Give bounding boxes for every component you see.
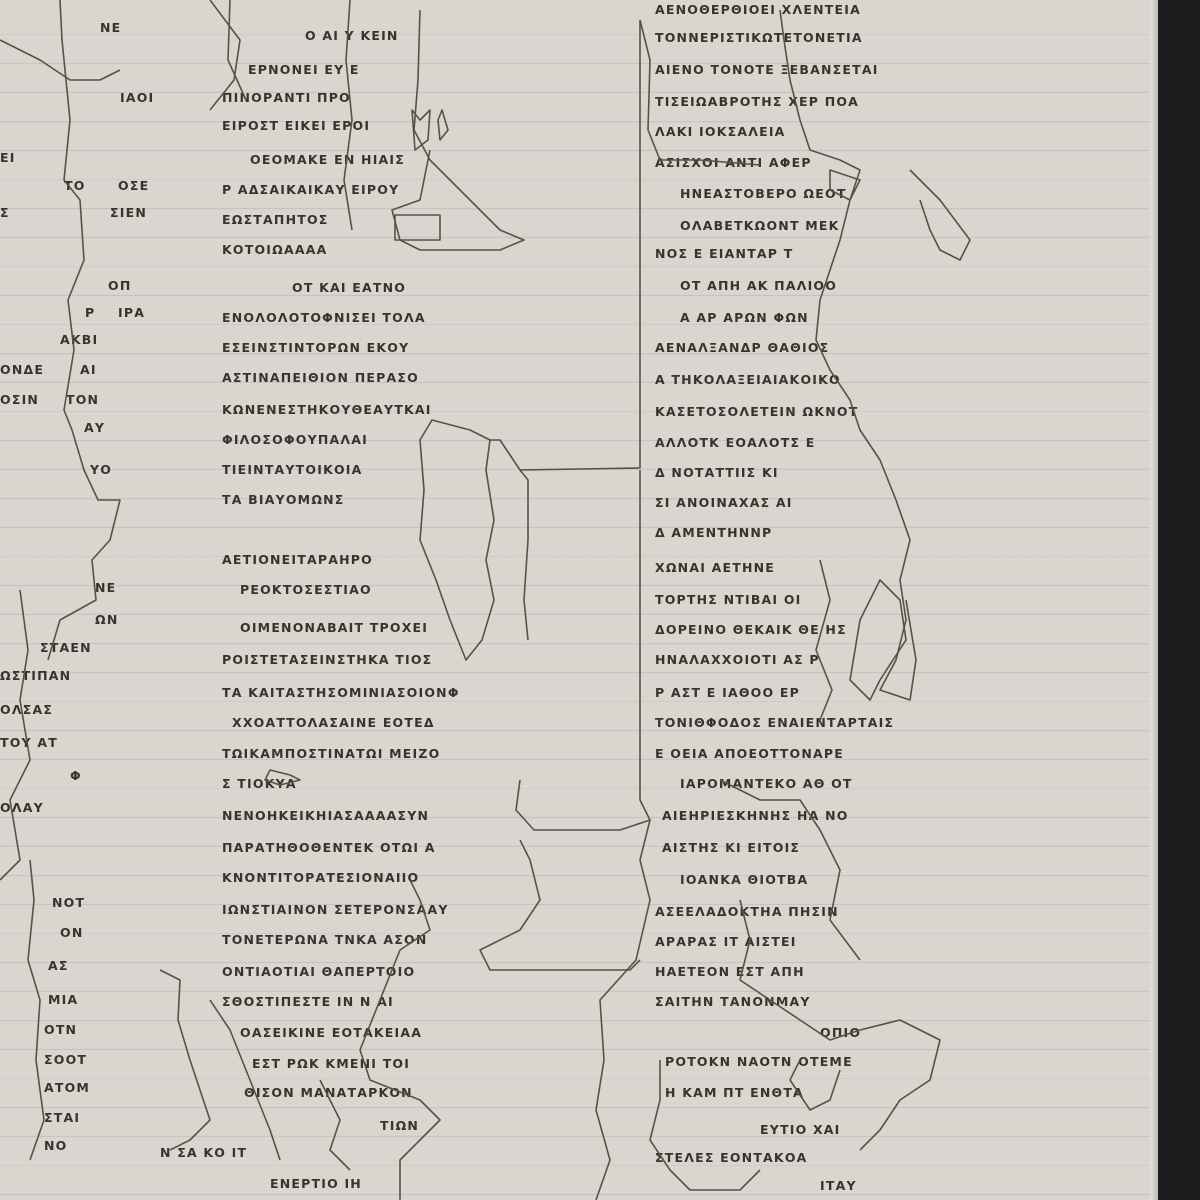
manuscript-line: ΤΙΩΝ bbox=[380, 1118, 419, 1133]
papyrus-fragment-outlines bbox=[0, 0, 1158, 1200]
manuscript-line: ΤΟΡΤΗΣ ΝΤΙΒΑΙ ΟΙ bbox=[655, 592, 802, 607]
manuscript-line: ΟΛΑΒΕΤΚΩΟΝΤ ΜΕΚ bbox=[680, 218, 840, 233]
manuscript-line: ΑΡΑΡΑΣ ΙΤ ΑΙΣΤΕΙ bbox=[655, 934, 797, 949]
manuscript-line: ΟΝΤΙΑΟΤΙΑΙ ΘΑΠΕΡΤΟΙΟ bbox=[222, 964, 415, 979]
manuscript-line: ΕΝΟΛΟΛΟΤΟΦΝΙΣΕΙ ΤΟΛΑ bbox=[222, 310, 426, 325]
manuscript-line: ΗΝΑΛΑΧΧΟΙΟΤΙ ΑΣ Ρ bbox=[655, 652, 820, 667]
manuscript-line: ΑΙΕΗΡΙΕΣΚΗΝΗΣ ΗΑ ΝΟ bbox=[662, 808, 849, 823]
manuscript-line: ΙΟΑΝΚΑ ΘΙΟΤΒΑ bbox=[680, 872, 808, 887]
manuscript-line: ΑΙΕΝΟ ΤΟΝΟΤΕ ΞΕΒΑΝΣΕΤΑΙ bbox=[655, 62, 879, 77]
manuscript-line: ΑΚΒΙ bbox=[60, 332, 98, 347]
manuscript-line: ΟΤ ΚΑΙ ΕΑΤΝΟ bbox=[292, 280, 406, 295]
manuscript-line: ΑΣ bbox=[48, 958, 69, 973]
manuscript-line: ΤΟΝΙΘΦΟΔΟΣ ΕΝΑΙΕΝΤΑΡΤΑΙΣ bbox=[655, 715, 894, 730]
manuscript-line: ΝΕΝΟΗΚΕΙΚΗΙΑΣΑΑΑΑΣΥΝ bbox=[222, 808, 429, 823]
manuscript-line: ΕΝΕΡΤΙΟ ΙΗ bbox=[270, 1176, 362, 1191]
manuscript-line: ΠΑΡΑΤΗΘΟΘΕΝΤΕΚ ΟΤΩΙ Α bbox=[222, 840, 436, 855]
manuscript-line: ΟΝ bbox=[60, 925, 84, 940]
manuscript-line: ΗΑΕΤΕΟΝ ΕΣΤ ΑΠΗ bbox=[655, 964, 805, 979]
manuscript-line: ΟΛΣΑΣ bbox=[0, 702, 53, 717]
manuscript-line: ΣΤΑΙ bbox=[44, 1110, 80, 1125]
manuscript-line: ΑΣΤΙΝΑΠΕΙΘΙΟΝ ΠΕΡΑΣΟ bbox=[222, 370, 419, 385]
manuscript-line: ΝΕ bbox=[95, 580, 116, 595]
manuscript-line: ΝΟΤ bbox=[52, 895, 85, 910]
manuscript-line: ΩΝ bbox=[95, 612, 119, 627]
manuscript-line: ΝΟΣ Ε ΕΙΑΝΤΑΡ Τ bbox=[655, 246, 793, 261]
manuscript-line: Ν ΣΑ ΚΟ ΙΤ bbox=[160, 1145, 247, 1160]
manuscript-line: ΤΟ bbox=[64, 178, 86, 193]
manuscript-line: ΦΙΛΟΣΟΦΟΥΠΑΛΑΙ bbox=[222, 432, 368, 447]
manuscript-line: Ρ ΑΣΤ Ε ΙΑΘΟΟ ΕΡ bbox=[655, 685, 800, 700]
manuscript-line: ΤΩΙΚΑΜΠΟΣΤΙΝΑΤΩΙ ΜΕΙΖΟ bbox=[222, 746, 440, 761]
manuscript-line: ΕΥΤΙΟ ΧΑΙ bbox=[760, 1122, 841, 1137]
manuscript-line: ΕΡΝΟΝΕΙ ΕΥ Ε bbox=[248, 62, 360, 77]
manuscript-line: ΑΛΛΟΤΚ ΕΟΑΛΟΤΣ Ε bbox=[655, 435, 816, 450]
manuscript-line: ΑΕΤΙΟΝΕΙΤΑΡΑΗΡΟ bbox=[222, 552, 373, 567]
manuscript-line: ΠΙΝΟΡΑΝΤΙ ΠΡΟ bbox=[222, 90, 351, 105]
manuscript-line: ΟΤ ΑΠΗ ΑΚ ΠΑΛΙΟΟ bbox=[680, 278, 837, 293]
manuscript-line: ΤΑ ΒΙΑΥΟΜΩΝΣ bbox=[222, 492, 345, 507]
manuscript-line: ΝΕ bbox=[100, 20, 121, 35]
manuscript-line: ΜΙΑ bbox=[48, 992, 78, 1007]
manuscript-line: ΕΙ bbox=[0, 150, 16, 165]
manuscript-line: ΚΝΟΝΤΙΤΟΡΑΤΕΣΙΟΝΑΙΙΟ bbox=[222, 870, 419, 885]
manuscript-line: ΑΕΝΟΘΕΡΘΙΟΕΙ ΧΛΕΝΤΕΙΑ bbox=[655, 2, 861, 17]
manuscript-line: Η ΚΑΜ ΠΤ ΕΝΘΤΑ bbox=[665, 1085, 804, 1100]
manuscript-line: ΗΝΕΑΣΤΟΒΕΡΟ ΩΕΟΤ bbox=[680, 186, 847, 201]
manuscript-line: Σ bbox=[0, 205, 10, 220]
manuscript-line: ΙΤΑΥ bbox=[820, 1178, 857, 1193]
page-edge bbox=[1150, 0, 1158, 1200]
manuscript-line: Ρ bbox=[85, 305, 95, 320]
background-margin bbox=[1158, 0, 1200, 1200]
manuscript-line: ΡΕΟΚΤΟΣΕΣΤΙΑΟ bbox=[240, 582, 372, 597]
manuscript-line: ΩΣΤΙΠΑΝ bbox=[0, 668, 71, 683]
manuscript-line: ΕΙΡΟΣΤ ΕΙΚΕΙ ΕΡΟΙ bbox=[222, 118, 370, 133]
manuscript-line: ΣΤΕΛΕΣ ΕΟΝΤΑΚΟΑ bbox=[655, 1150, 808, 1165]
manuscript-line: ΤΑ ΚΑΙΤΑΣΤΗΣΟΜΙΝΙΑΣΟΙΟΝΦ bbox=[222, 685, 460, 700]
manuscript-line: ΟΝΔΕ bbox=[0, 362, 44, 377]
manuscript-line: ΟΤΝ bbox=[44, 1022, 77, 1037]
manuscript-line: Α ΤΗΚΟΛΑΞΕΙΑΙΑΚΟΙΚΟ bbox=[655, 372, 841, 387]
manuscript-line: ΣΘΟΣΤΙΠΕΣΤΕ ΙΝ Ν ΑΙ bbox=[222, 994, 394, 1009]
manuscript-line: ΚΑΣΕΤΟΣΟΛΕΤΕΙΝ ΩΚΝΟΤ bbox=[655, 404, 858, 419]
manuscript-line: Α ΑΡ ΑΡΩΝ ΦΩΝ bbox=[680, 310, 809, 325]
manuscript-line: ΑΙΣΤΗΣ ΚΙ ΕΙΤΟΙΣ bbox=[662, 840, 800, 855]
manuscript-page: ΝΕΙΑΟΙΕΙΤΟΟΣΕΣΣΙΕΝΟΠΡΙΡΑΑΚΒΙΟΝΔΕΑΙΟΣΙΝΤΟ… bbox=[0, 0, 1158, 1200]
manuscript-line: ΙΑΡΟΜΑΝΤΕΚΟ ΑΘ ΟΤ bbox=[680, 776, 853, 791]
manuscript-line: ΣΑΙΤΗΝ ΤΑΝΟΝΜΑΥ bbox=[655, 994, 811, 1009]
manuscript-line: ΤΙΣΕΙΩΑΒΡΟΤΗΣ ΧΕΡ ΠΟΑ bbox=[655, 94, 859, 109]
manuscript-line: ΑΣΕΕΛΑΔΟΚΤΗΑ ΠΗΣΙΝ bbox=[655, 904, 839, 919]
manuscript-line: ΔΟΡΕΙΝΟ ΘΕΚΑΙΚ ΘΕ ΗΣ bbox=[655, 622, 847, 637]
manuscript-line: Δ ΝΟΤΑΤΤΙΙΣ ΚΙ bbox=[655, 465, 779, 480]
manuscript-line: Ο ΑΙ Υ ΚΕΙΝ bbox=[305, 28, 399, 43]
manuscript-line: Ρ ΑΔΣΑΙΚΑΙΚΑΥ ΕΙΡΟΥ bbox=[222, 182, 399, 197]
manuscript-line: ΡΟΤΟΚΝ ΝΑΟΤΝ ΟΤΕΜΕ bbox=[665, 1054, 853, 1069]
manuscript-line: ΧΧΟΑΤΤΟΛΑΣΑΙΝΕ ΕΟΤΕΔ bbox=[232, 715, 435, 730]
manuscript-line: ΑΙ bbox=[80, 362, 97, 377]
manuscript-line: ΙΑΟΙ bbox=[120, 90, 154, 105]
manuscript-line: ΣΙΕΝ bbox=[110, 205, 147, 220]
manuscript-line: ΥΟ bbox=[90, 462, 112, 477]
manuscript-line: ΙΩΝΣΤΙΑΙΝΟΝ ΣΕΤΕΡΟΝΣΑΑΥ bbox=[222, 902, 449, 917]
manuscript-line: ΣΙ ΑΝΟΙΝΑΧΑΣ ΑΙ bbox=[655, 495, 793, 510]
manuscript-line: ΛΑΚΙ ΙΟΚΣΑΛΕΙΑ bbox=[655, 124, 786, 139]
manuscript-line: ΤΙΕΙΝΤΑΥΤΟΙΚΟΙΑ bbox=[222, 462, 363, 477]
manuscript-line: ΕΣΕΙΝΣΤΙΝΤΟΡΩΝ ΕΚΟΥ bbox=[222, 340, 409, 355]
manuscript-line: ΑΕΝΑΛΞΑΝΔΡ ΘΑΘΙΟΣ bbox=[655, 340, 829, 355]
manuscript-line: ΚΟΤΟΙΩΑΑΑΑ bbox=[222, 242, 327, 257]
manuscript-line: ΝΟ bbox=[44, 1138, 68, 1153]
manuscript-line: ΟΕΟΜΑΚΕ ΕΝ ΗΙΑΙΣ bbox=[250, 152, 405, 167]
manuscript-line: ΑΣΙΣΧΟΙ ΑΝΤΙ ΑΦΕΡ bbox=[655, 155, 812, 170]
manuscript-line: ΕΩΣΤΑΠΗΤΟΣ bbox=[222, 212, 329, 227]
manuscript-line: ΟΠΙΟ bbox=[820, 1025, 861, 1040]
manuscript-line: ΑΤΟΜ bbox=[44, 1080, 90, 1095]
manuscript-line: ΟΣΙΝ bbox=[0, 392, 39, 407]
manuscript-line: ΕΣΤ ΡΩΚ ΚΜΕΝΙ ΤΟΙ bbox=[252, 1056, 410, 1071]
manuscript-line: ΣΤΑΕΝ bbox=[40, 640, 92, 655]
manuscript-line: ΧΩΝΑΙ ΑΕΤΗΝΕ bbox=[655, 560, 775, 575]
manuscript-line: ΟΠ bbox=[108, 278, 132, 293]
manuscript-line: Ε ΟΕΙΑ ΑΠΟΕΟΤΤΟΝΑΡΕ bbox=[655, 746, 844, 761]
manuscript-line: ΟΣΕ bbox=[118, 178, 149, 193]
manuscript-line: ΙΡΑ bbox=[118, 305, 145, 320]
manuscript-line: ΡΟΙΣΤΕΤΑΣΕΙΝΣΤΗΚΑ ΤΙΟΣ bbox=[222, 652, 432, 667]
manuscript-line: Φ bbox=[70, 768, 82, 783]
manuscript-line: ΤΟΝ bbox=[66, 392, 99, 407]
manuscript-line: ΣΟΟΤ bbox=[44, 1052, 87, 1067]
manuscript-line: ΑΥ bbox=[84, 420, 105, 435]
manuscript-line: ΘΙΣΟΝ ΜΑΝΑΤΑΡΚΟΝ bbox=[244, 1085, 413, 1100]
manuscript-line: ΟΑΣΕΙΚΙΝΕ ΕΟΤΑΚΕΙΑΑ bbox=[240, 1025, 422, 1040]
manuscript-line: Σ ΤΙΟΚΥΑ bbox=[222, 776, 297, 791]
manuscript-line: ΤΟΝΝΕΡΙΣΤΙΚΩΤΕΤΟΝΕΤΙΑ bbox=[655, 30, 863, 45]
manuscript-line: ΤΟΝΕΤΕΡΩΝΑ ΤΝΚΑ ΑΣΟΝ bbox=[222, 932, 428, 947]
manuscript-line: ΟΛΑΥ bbox=[0, 800, 44, 815]
manuscript-line: ΚΩΝΕΝΕΣΤΗΚΟΥΘΕΑΥΤΚΑΙ bbox=[222, 402, 432, 417]
manuscript-line: ΤΟΥ ΑΤ bbox=[0, 735, 58, 750]
manuscript-line: ΟΙΜΕΝΟΝΑΒΑΙΤ ΤΡΟΧΕΙ bbox=[240, 620, 428, 635]
manuscript-line: Δ ΑΜΕΝΤΗΝΝΡ bbox=[655, 525, 772, 540]
